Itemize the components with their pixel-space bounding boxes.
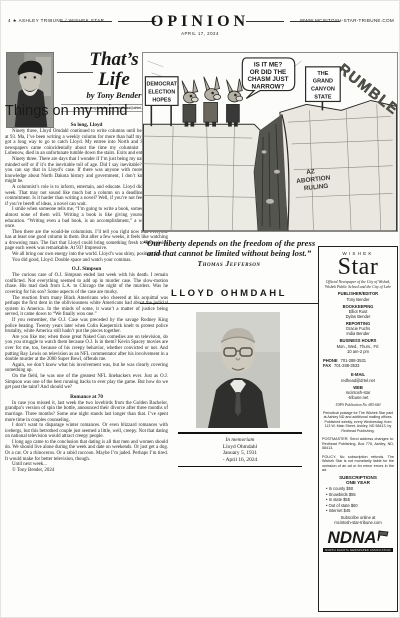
newspaper-masthead-box: WISHEK Star Official Newspaper of the Ci… — [318, 246, 398, 612]
svg-text:DEMOCRAT: DEMOCRAT — [147, 82, 178, 88]
ndna-logo: NDNA NORTH DAKOTA NEWSPAPER ASSOCIATION — [323, 530, 393, 552]
memoriam-line3: January 5, 1931 — [178, 450, 302, 457]
editorial-cartoon: AZ ABORTION RULING RUMBLE DEMOCRAT ELECT… — [142, 52, 398, 232]
memoriam-rule-bottom — [178, 466, 302, 467]
paragraph: I long ago came to the conclusion that d… — [5, 440, 168, 462]
svg-text:CANYON: CANYON — [311, 87, 335, 93]
quote-line1: “Our liberty depends on the freedom of t… — [140, 238, 318, 248]
paragraph: In case you missed it, last week the two… — [5, 401, 168, 423]
page-header: 4 ★ ASHLEY TRIBUNE / WISHEK STAR OPINION… — [0, 13, 400, 39]
svg-text:CHASM JUST: CHASM JUST — [247, 76, 288, 83]
paragraph: I don’t want to disparage winter romance… — [5, 423, 168, 440]
subscription-rates: • In county $50 • Snowbirds $55 • In sta… — [322, 486, 394, 513]
header-rule-right — [246, 21, 284, 22]
paragraph: Again, we don’t know what his involvemen… — [5, 363, 168, 374]
ndna-logo-subtext: NORTH DAKOTA NEWSPAPER ASSOCIATION — [323, 548, 393, 552]
memoriam-line2: Lloyd Ohmdahl — [178, 444, 302, 451]
issue-date: APRIL 17, 2024 — [0, 31, 400, 36]
ndna-logo-text: NDNA — [327, 528, 376, 547]
memorial-rule — [140, 303, 318, 304]
quote-line2: and that cannot be limited without being… — [140, 248, 318, 258]
postmaster-notice: POSTMASTER: Send address changes to: Red… — [322, 437, 394, 451]
press-freedom-quote: “Our liberty depends on the freedom of t… — [140, 238, 318, 268]
svg-text:GRAND: GRAND — [313, 79, 333, 85]
email-address: redhead@drtel.net — [322, 378, 394, 383]
web-address-line2: -tribune.net — [322, 395, 394, 400]
fax-number: 701-288-3533 — [334, 363, 360, 368]
masthead-name: Star — [322, 256, 394, 279]
memoriam-line4: - April 16, 2024 — [178, 457, 302, 464]
in-memoriam-block: In memoriam Lloyd Ohmdahl January 5, 193… — [178, 432, 302, 467]
svg-text:THE: THE — [317, 71, 328, 77]
paragraph: Are you like me; when those great Naked … — [5, 335, 168, 363]
svg-text:STATE: STATE — [314, 94, 332, 100]
newspaper-opinion-page: 4 ★ ASHLEY TRIBUNE / WISHEK STAR OPINION… — [0, 0, 400, 618]
website-url: WWW.MCINTOSH-STAR-TRIBUNE.COM — [300, 18, 394, 23]
policy-notice: POLICY: No subscription refunds. The Wis… — [322, 455, 394, 473]
svg-text:OR DID THE: OR DID THE — [250, 69, 286, 76]
postage-notice: Periodical postage for The Wishek Star p… — [322, 411, 394, 433]
paragraph: If you remember, the O.J. Case was prece… — [5, 318, 168, 335]
section-heading-romance-at-70: Romance at 70 — [5, 394, 168, 401]
bookkeeping-name: Dylan Bender — [322, 314, 394, 319]
svg-text:HOPES: HOPES — [152, 97, 171, 103]
fax-label: FAX — [323, 363, 331, 368]
subscriptions-term: ONE YEAR — [322, 480, 394, 485]
quote-attribution: Thomas Jefferson — [140, 259, 318, 268]
masthead-official-text: Official Newspaper of the City of Wishek… — [322, 280, 394, 289]
svg-text:IS IT ME?: IS IT ME? — [254, 61, 283, 68]
lloyd-ohmdahl-photo — [196, 312, 280, 428]
rate-internet: • Internet $45 — [326, 508, 394, 513]
memoriam-line1: In memoriam — [178, 437, 302, 444]
section-header: OPINION APRIL 17, 2024 — [0, 13, 400, 36]
usps-number: USPS Publication No. 685-660 — [322, 403, 394, 407]
svg-text:AZ: AZ — [306, 168, 315, 176]
subscribe-online-line2: mcintosh-star-tribune.com — [322, 520, 394, 525]
reporting-name: India Bender — [322, 331, 394, 336]
paragraph: On the field, he was one of the greatest… — [5, 374, 168, 391]
article-copyright: © Tony Bender, 2024 — [5, 468, 168, 474]
svg-text:NARROW?: NARROW? — [252, 84, 285, 91]
ndna-flag-icon — [377, 530, 389, 542]
svg-text:ELECTION: ELECTION — [148, 90, 175, 96]
memorial-name-heading: LLOYD OHMDAHL — [140, 288, 318, 299]
memoriam-rule-top — [178, 432, 302, 434]
publisher-name: Tony Bender — [322, 297, 394, 302]
